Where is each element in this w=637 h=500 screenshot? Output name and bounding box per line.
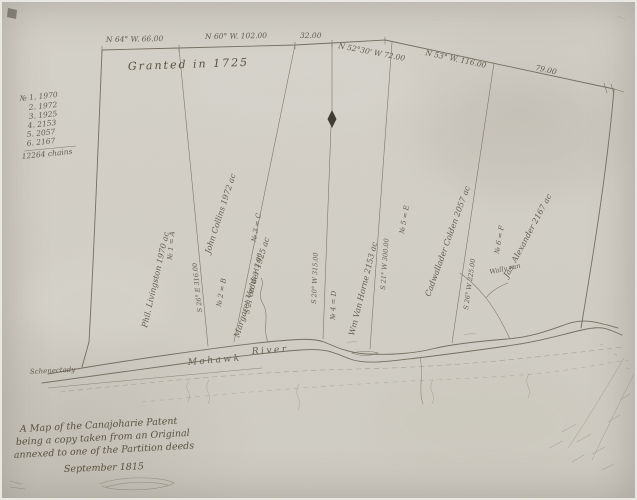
survey-map-drawing: N 64° W. 66.00 N 60° W. 102.00 32.00 N 5… <box>2 2 637 500</box>
bearing-label: N 64° W. 66.00 <box>105 34 164 44</box>
bearing-label: 32.00 <box>300 31 322 40</box>
lot-number-label: № 4 = D <box>329 290 338 321</box>
scanned-survey-map-photo: N 64° W. 66.00 N 60° W. 102.00 32.00 N 5… <box>0 0 637 500</box>
bearing-label: N 60° W. 102.00 <box>204 31 267 41</box>
